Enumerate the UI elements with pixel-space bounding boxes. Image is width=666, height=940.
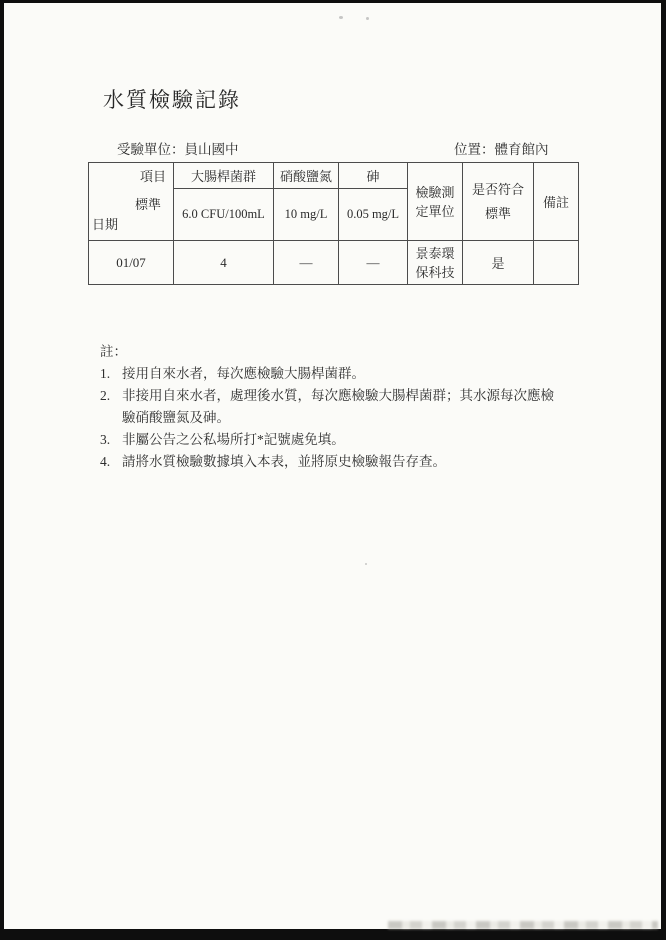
scan-border-bottom [0,929,666,940]
note-item-3: 3. 非屬公告之公私場所打*記號處免填。 [100,429,564,451]
standard-coliform: 6.0 CFU/100mL [174,189,274,241]
corner-header-cell: 項目 標準 日期 [89,163,174,241]
scan-dust-speck [339,16,343,19]
standard-arsenic: 0.05 mg/L [339,189,408,241]
water-quality-table: 項目 標準 日期 大腸桿菌群 硝酸鹽氮 砷 檢驗測定單位 是否符合標準 備註 6… [88,162,579,285]
location-label: 位置：體育館內 [454,138,549,158]
cell-remark [534,241,579,285]
cell-arsenic-value: — [339,241,408,285]
column-header-compliance: 是否符合標準 [463,163,534,241]
standard-nitrate: 10 mg/L [274,189,339,241]
notes-label: 註： [100,341,564,363]
cell-compliant: 是 [463,241,534,285]
cell-nitrate-value: — [274,241,339,285]
column-header-agency: 檢驗測定單位 [408,163,463,241]
notes-section: 註： 1. 接用自來水者，每次應檢驗大腸桿菌群。 2. 非接用自來水者，處理後水… [100,341,564,473]
scan-border-top [0,0,666,3]
scanned-document-page: { "page": { "title": "水質檢驗記錄", "meta": {… [0,0,666,940]
scan-bleedthrough-smudge [388,921,658,929]
scan-border-right [661,0,666,940]
column-header-coliform: 大腸桿菌群 [174,163,274,189]
scan-dust-speck [366,17,369,20]
note-item-4: 4. 請將水質檢驗數據填入本表，並將原史檢驗報告存查。 [100,451,564,473]
column-header-remark: 備註 [534,163,579,241]
column-header-arsenic: 砷 [339,163,408,189]
inspected-unit-label: 受驗單位：員山國中 [117,138,239,158]
column-header-nitrate: 硝酸鹽氮 [274,163,339,189]
corner-date-label: 日期 [92,214,118,233]
table-row: 01/07 4 — — 景泰環保科技 是 [89,241,579,285]
page-title: 水質檢驗記錄 [103,84,241,114]
note-item-2: 2. 非接用自來水者，處理後水質，每次應檢驗大腸桿菌群；其水源每次應檢驗硝酸鹽氮… [100,385,564,429]
cell-agency: 景泰環保科技 [408,241,463,285]
corner-item-label: 項目 [140,166,166,185]
scan-dust-speck [365,563,367,565]
scan-border-left [0,0,4,940]
note-item-1: 1. 接用自來水者，每次應檢驗大腸桿菌群。 [100,363,564,385]
cell-coliform-value: 4 [174,241,274,285]
cell-date: 01/07 [89,241,174,285]
corner-standard-label: 標準 [135,194,161,213]
